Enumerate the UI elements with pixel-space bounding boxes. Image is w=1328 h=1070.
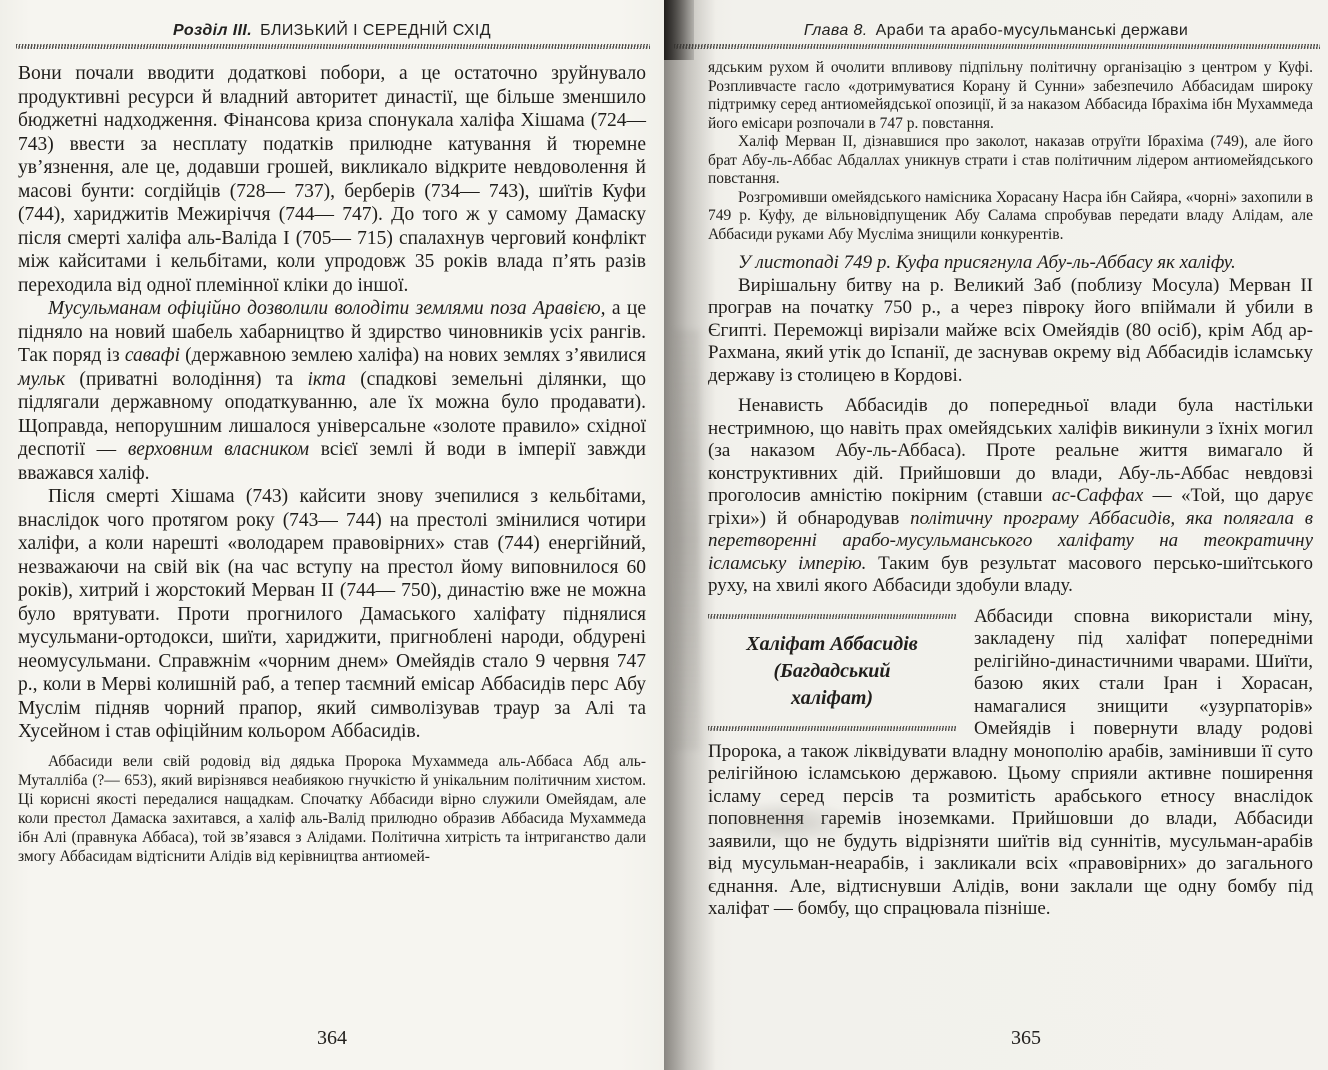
paragraph-smallprint: Розгромивши омейядського намісника Хорас… (708, 189, 1313, 245)
sidebar-rule-bottom (708, 726, 956, 731)
text-run: верховним власником (128, 439, 309, 460)
section-title: БЛИЗЬКИЙ І СЕРЕДНІЙ СХІД (260, 22, 491, 39)
chapter-label: Розділ III. (173, 22, 252, 39)
text-column: ядським рухом й очолити впливову підпіль… (664, 49, 1328, 921)
text-run: (державною землею халіфа) на нових земля… (180, 345, 646, 366)
text-run: Мусульманам офіційно дозволили володіти … (48, 298, 605, 319)
running-head-right: Глава 8.Араби та арабо-мусульманські дер… (664, 0, 1328, 40)
text-run: У листопаді 749 р. Куфа присягнула Абу-л… (738, 252, 1236, 273)
paragraph: Вирішальну битву на р. Великий Заб (побл… (708, 275, 1313, 388)
text-run: мульк (18, 369, 65, 390)
paragraph-smallprint: Аббасиди вели свій родовід від дядька Пр… (18, 752, 646, 866)
paragraph: Ненависть Аббасидів до попередньої влади… (708, 395, 1313, 598)
section-sidebar: Халіфат Аббасидів (Багдадський халіфат) (708, 614, 956, 731)
section-title: Араби та арабо-мусульманські держави (876, 22, 1189, 39)
page-left: Розділ III.БЛИЗЬКИЙ І СЕРЕДНІЙ СХІД Вони… (0, 0, 664, 1070)
text-run: Вирішальну битву на р. Великий Заб (побл… (708, 275, 1313, 386)
text-run: Вони почали вводити додаткові побори, а … (18, 63, 646, 296)
paragraph: Вони почали вводити додаткові побори, а … (18, 62, 646, 297)
text-run: Аббасиди вели свій родовід від дядька Пр… (18, 753, 646, 865)
text-column: Вони почали вводити додаткові побори, а … (0, 49, 664, 866)
page-right: Глава 8.Араби та арабо-мусульманські дер… (664, 0, 1328, 1070)
sidebar-rule-top (708, 614, 956, 619)
paragraph-smallprint: Халіф Мерван II, дізнавшися про заколот,… (708, 133, 1313, 189)
header-rule (16, 44, 650, 49)
running-head-left: Розділ III.БЛИЗЬКИЙ І СЕРЕДНІЙ СХІД (0, 0, 664, 40)
sidebar-heading: Халіфат Аббасидів (Багдадський халіфат) (708, 619, 956, 726)
text-run: ас-Саффах (1052, 485, 1143, 506)
chapter-label: Глава 8. (804, 22, 868, 39)
page-number-right: 365 (694, 1027, 1328, 1050)
page-number-left: 364 (0, 1027, 664, 1050)
paragraph: Мусульманам офіційно дозволили володіти … (18, 297, 646, 485)
paragraph-smallprint: ядським рухом й очолити впливову підпіль… (708, 59, 1313, 133)
text-run: (приватні володіння) та (65, 369, 307, 390)
text-run: ядським рухом й очолити впливову підпіль… (708, 59, 1313, 132)
paragraph: Після смерті Хішама (743) кайсити знову … (18, 485, 646, 744)
text-run: Після смерті Хішама (743) кайсити знову … (18, 486, 646, 742)
header-rule (674, 44, 1320, 49)
text-run: савафі (125, 345, 180, 366)
paragraph: У листопаді 749 р. Куфа присягнула Абу-л… (708, 252, 1313, 275)
text-run: Халіф Мерван II, дізнавшися про заколот,… (708, 133, 1313, 187)
section-abbasid-caliphate: Халіфат Аббасидів (Багдадський халіфат) … (708, 606, 1313, 921)
text-run: ікта (308, 369, 346, 390)
book-spread: Розділ III.БЛИЗЬКИЙ І СЕРЕДНІЙ СХІД Вони… (0, 0, 1328, 1070)
text-run: Розгромивши омейядського намісника Хорас… (708, 189, 1313, 243)
